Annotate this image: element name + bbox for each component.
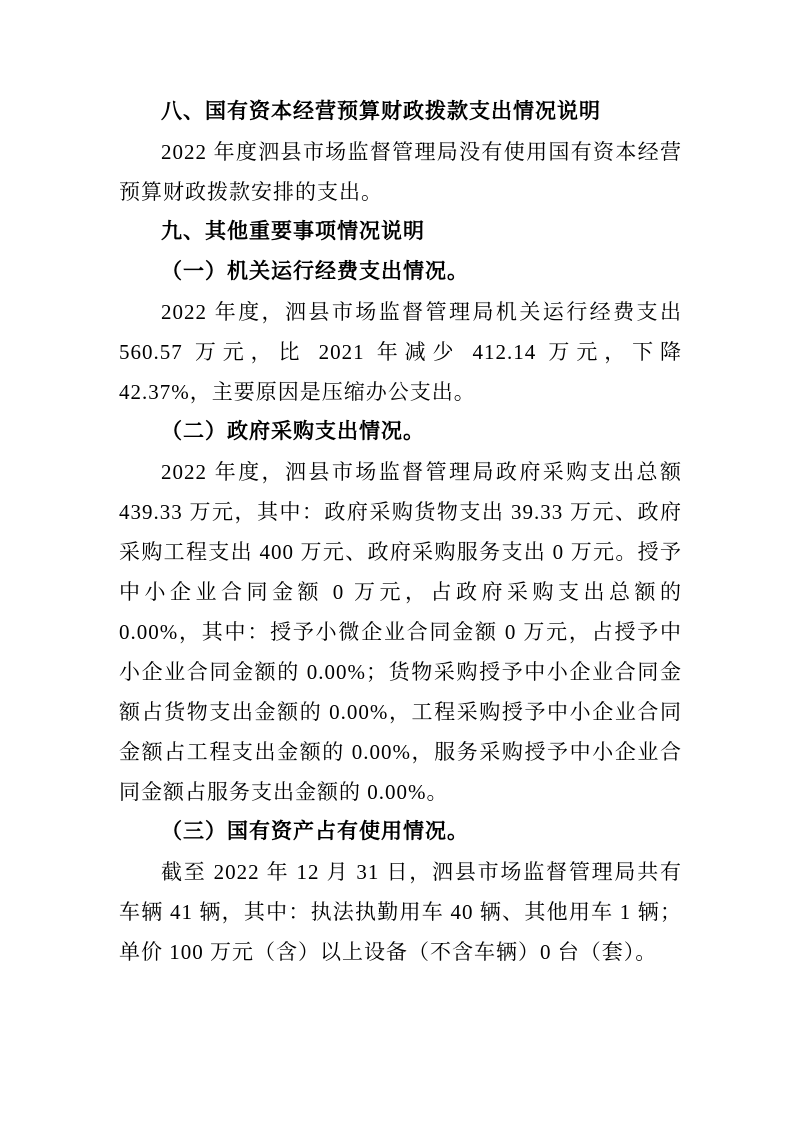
section-8-heading: 八、国有资本经营预算财政拨款支出情况说明 (119, 92, 682, 132)
subsection-3-paragraph: 截至 2022 年 12 月 31 日，泗县市场监督管理局共有车辆 41 辆，其… (119, 852, 682, 972)
subsection-1-heading: （一）机关运行经费支出情况。 (119, 252, 682, 292)
document-body: 八、国有资本经营预算财政拨款支出情况说明 2022 年度泗县市场监督管理局没有使… (119, 92, 682, 972)
subsection-2-paragraph: 2022 年度，泗县市场监督管理局政府采购支出总额 439.33 万元，其中：政… (119, 452, 682, 812)
document-page: 八、国有资本经营预算财政拨款支出情况说明 2022 年度泗县市场监督管理局没有使… (0, 0, 793, 1122)
subsection-3-heading: （三）国有资产占有使用情况。 (119, 812, 682, 852)
subsection-1-paragraph: 2022 年度，泗县市场监督管理局机关运行经费支出 560.57 万元，比 20… (119, 292, 682, 412)
section-9-heading: 九、其他重要事项情况说明 (119, 212, 682, 252)
subsection-2-heading: （二）政府采购支出情况。 (119, 412, 682, 452)
section-8-paragraph: 2022 年度泗县市场监督管理局没有使用国有资本经营预算财政拨款安排的支出。 (119, 132, 682, 212)
